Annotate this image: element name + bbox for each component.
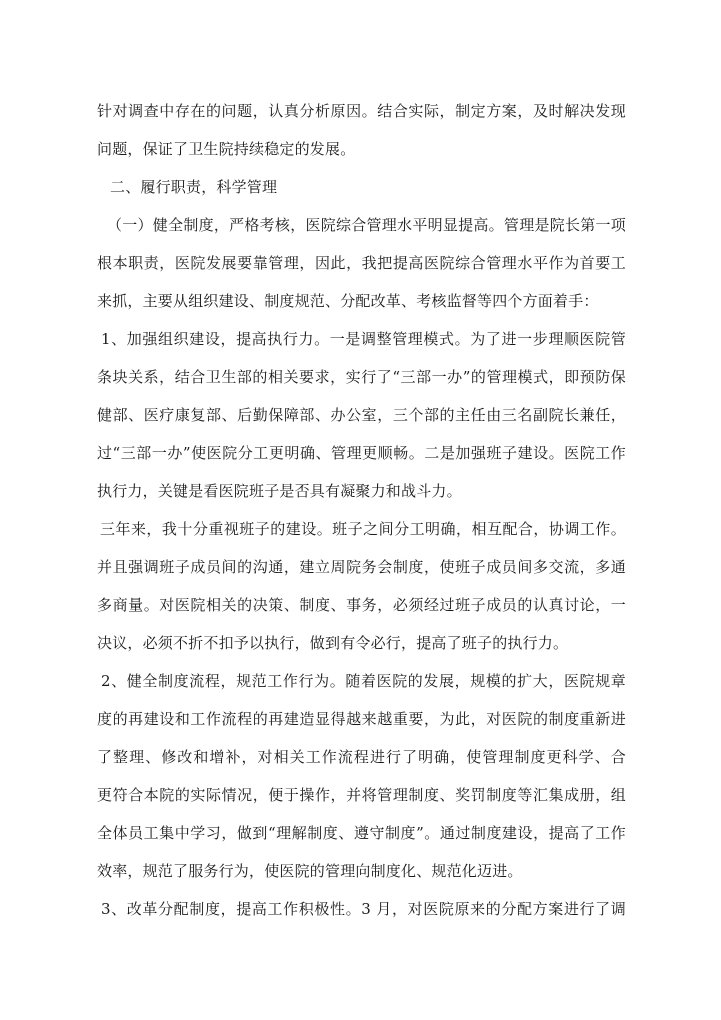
text-line: 多商量。对医院相关的决策、制度、事务，必须经过班子成员的认真讨论，一经: [97, 586, 626, 624]
text-line: 效率，规范了服务行为，使医院的管理向制度化、规范化迈进。: [97, 852, 626, 890]
text-line: 三年来，我十分重视班子的建设。班子之间分工明确，相互配合，协调工作。: [97, 510, 626, 548]
text-line: 并且强调班子成员间的沟通，建立周院务会制度，使班子成员间多交流，多通气，: [97, 548, 626, 586]
paragraph-section-heading: 二、履行职责，科学管理: [97, 168, 626, 206]
paragraph-intro: 针对调查中存在的问题，认真分析原因。结合实际，制定方案，及时解决发现的 问题，保…: [97, 92, 626, 168]
paragraph-item-2: 2、健全制度流程，规范工作行为。随着医院的发展，规模的扩大，医院规章制 度的再建…: [97, 662, 626, 890]
text-line: 更符合本院的实际情况，便于操作，并将管理制度、奖罚制度等汇集成册，组织: [97, 776, 626, 814]
text-line: 全体员工集中学习，做到“理解制度、遵守制度”。通过制度建设，提高了工作: [97, 814, 626, 852]
section-heading: 二、履行职责，科学管理: [97, 168, 626, 206]
text-line: 过“三部一办”使医院分工更明确、管理更顺畅。二是加强班子建设。医院工作: [97, 434, 626, 472]
text-line: （一）健全制度，严格考核，医院综合管理水平明显提高。管理是院长第一项: [97, 206, 626, 244]
paragraph-item-1: 1、加强组织建设，提高执行力。一是调整管理模式。为了进一步理顺医院管理 条块关系…: [97, 320, 626, 510]
paragraph-three-years: 三年来，我十分重视班子的建设。班子之间分工明确，相互配合，协调工作。 并且强调班…: [97, 510, 626, 662]
text-line: 针对调查中存在的问题，认真分析原因。结合实际，制定方案，及时解决发现的: [97, 92, 626, 130]
text-line: 来抓，主要从组织建设、制度规范、分配改革、考核监督等四个方面着手：: [97, 282, 626, 320]
text-line: 度的再建设和工作流程的再建造显得越来越重要，为此，对医院的制度重新进行: [97, 700, 626, 738]
text-line: 健部、医疗康复部、后勤保障部、办公室，三个部的主任由三名副院长兼任，通: [97, 396, 626, 434]
document-page: 针对调查中存在的问题，认真分析原因。结合实际，制定方案，及时解决发现的 问题，保…: [0, 0, 721, 1020]
paragraph-item-3: 3、改革分配制度，提高工作积极性。3 月，对医院原来的分配方案进行了调整，: [97, 890, 626, 928]
text-line: 问题，保证了卫生院持续稳定的发展。: [97, 130, 626, 168]
paragraph-subsection-1: （一）健全制度，严格考核，医院综合管理水平明显提高。管理是院长第一项 根本职责，…: [97, 206, 626, 320]
text-line: 根本职责，医院发展要靠管理，因此，我把提高医院综合管理水平作为首要工作: [97, 244, 626, 282]
text-line: 3、改革分配制度，提高工作积极性。3 月，对医院原来的分配方案进行了调整，: [97, 890, 626, 928]
document-text-block: 针对调查中存在的问题，认真分析原因。结合实际，制定方案，及时解决发现的 问题，保…: [97, 92, 626, 928]
text-line: 2、健全制度流程，规范工作行为。随着医院的发展，规模的扩大，医院规章制: [97, 662, 626, 700]
text-line: 条块关系，结合卫生部的相关要求，实行了“三部一办”的管理模式，即预防保: [97, 358, 626, 396]
text-line: 决议，必须不折不扣予以执行，做到有令必行，提高了班子的执行力。: [97, 624, 626, 662]
text-line: 1、加强组织建设，提高执行力。一是调整管理模式。为了进一步理顺医院管理: [97, 320, 626, 358]
text-line: 了整理、修改和增补，对相关工作流程进行了明确，使管理制度更科学、合理，: [97, 738, 626, 776]
text-line: 执行力，关键是看医院班子是否具有凝聚力和战斗力。: [97, 472, 626, 510]
